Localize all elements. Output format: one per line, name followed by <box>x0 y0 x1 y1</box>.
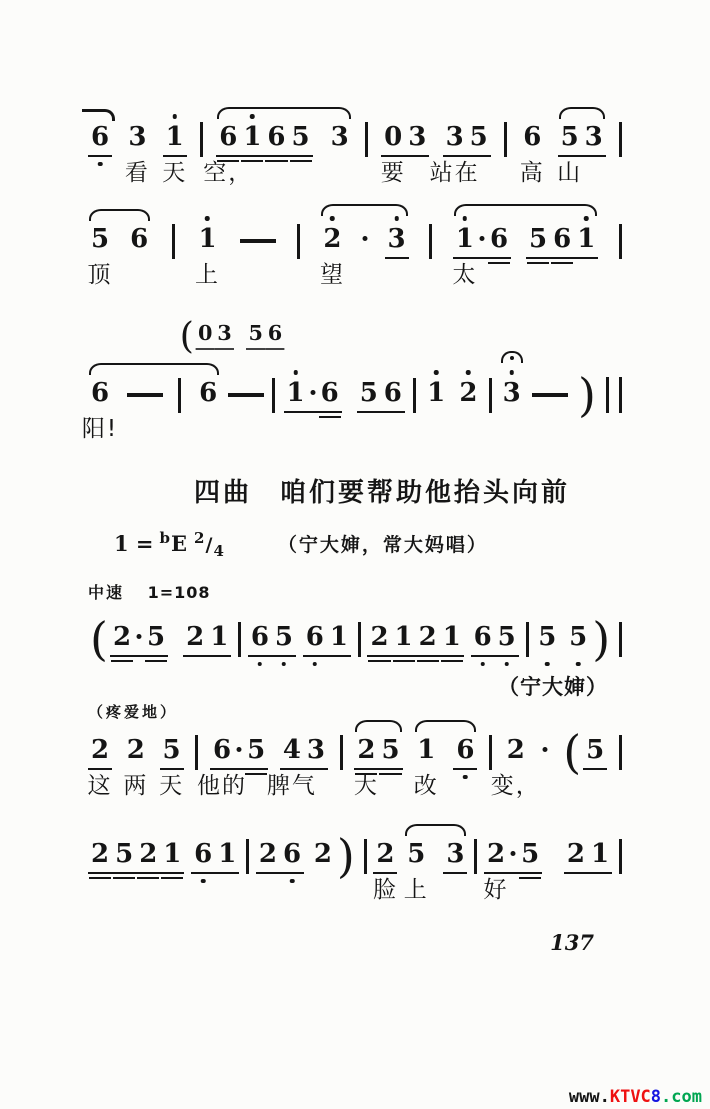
note-digit: 3 <box>446 839 464 869</box>
note: 1 <box>327 622 351 657</box>
note: 1太 <box>453 224 477 259</box>
note: 1 <box>574 224 598 259</box>
note-digit: 5 <box>292 122 310 152</box>
note: 2 <box>88 839 112 874</box>
page-number: 137 <box>88 930 622 955</box>
slur-group: 2望3 <box>320 219 408 259</box>
note-digit: 6 <box>267 122 285 152</box>
note-digit: 5 <box>163 735 181 765</box>
lyric: 望 <box>320 262 345 288</box>
note-digit: 2 <box>113 622 131 652</box>
lyric: 他的 <box>197 773 247 799</box>
lyric: 大 <box>354 773 379 799</box>
note-digit: 5 <box>147 622 165 652</box>
note-digit: 5 <box>529 224 547 254</box>
note-digit: 3 <box>408 122 426 152</box>
lyric: 脾气 <box>267 773 317 799</box>
duration-dot <box>360 219 370 259</box>
note: 3 <box>215 322 234 350</box>
note: 5 <box>566 622 590 657</box>
note-digit: 1 <box>163 839 181 869</box>
note: 5 <box>144 622 168 657</box>
octave-dot-below <box>258 662 263 667</box>
beam-group: 1656 <box>284 373 405 413</box>
note-digit: 2 <box>376 839 394 869</box>
double-barline <box>606 377 622 413</box>
parenthesis: ) <box>576 377 598 413</box>
note-digit: 6 <box>523 122 541 152</box>
lyric: 要 <box>381 160 406 186</box>
note: 1改 <box>414 735 438 770</box>
note-digit: 1 <box>577 224 595 254</box>
note-digit: 2 <box>487 839 505 869</box>
tempo-label: 中速 <box>88 583 124 602</box>
note-digit: 2 <box>323 224 341 254</box>
note: 3 <box>443 839 467 874</box>
octave-dot-below <box>480 662 485 667</box>
octave-dot-above <box>205 216 210 221</box>
note: 6高 <box>520 122 544 157</box>
note-digit: 6 <box>194 839 212 869</box>
lyric: 这 <box>88 773 113 799</box>
note-digit: 1 <box>395 622 413 652</box>
beam-group: 2121 <box>367 622 463 657</box>
tie-icon <box>82 109 115 121</box>
barline <box>178 378 181 413</box>
score-line-4-intro: (2521656121216555) <box>88 617 622 657</box>
note-digit: 6 <box>268 322 282 346</box>
watermark-segment: 8 <box>651 1087 661 1107</box>
beam-group: 5) <box>566 621 612 657</box>
lyric: 阳! <box>82 416 118 442</box>
note-digit: 5 <box>91 224 109 254</box>
note: 6 <box>196 378 220 413</box>
lyric: 两 <box>123 773 148 799</box>
song-title: 四曲 咱们要帮助他抬头向前 <box>194 475 622 511</box>
beam-group: (5 <box>561 734 607 770</box>
note: 5 <box>357 378 381 413</box>
lyric: 站在 <box>430 160 480 186</box>
note-digit: 2 <box>567 839 585 869</box>
note: 2 <box>456 378 480 413</box>
barline <box>195 735 198 770</box>
note: 3看 <box>125 122 149 157</box>
note-digit: 1 <box>456 224 474 254</box>
note: 1上 <box>195 224 219 259</box>
note-digit: 3 <box>446 122 464 152</box>
lyric: 空， <box>203 160 253 186</box>
note-digit: 5 <box>275 622 293 652</box>
duration-dash <box>240 224 276 259</box>
duration-dot <box>508 834 518 874</box>
note: 3站在 <box>443 122 467 157</box>
note-digit: 4 <box>283 735 301 765</box>
note: 2 <box>110 622 134 657</box>
note-digit: 6 <box>474 622 492 652</box>
note: 5 <box>495 622 519 657</box>
note: 3 <box>304 735 328 770</box>
note-digit: 6 <box>384 378 402 408</box>
note-digit: 1 <box>218 839 236 869</box>
note: 6阳! <box>88 378 112 413</box>
note: 5 <box>535 622 559 657</box>
note: 3 <box>328 122 352 157</box>
note-digit: 1 <box>591 839 609 869</box>
octave-dot-above <box>293 370 298 375</box>
note: 5 <box>112 839 136 874</box>
octave-dot-below <box>282 662 287 667</box>
note: 6 <box>381 378 405 413</box>
lyric: 山 <box>557 160 582 186</box>
beam-group: 61 <box>191 839 239 874</box>
slur-group: 6空，1653 <box>216 122 351 157</box>
note: 1 <box>284 378 308 413</box>
note: 2好 <box>484 839 508 874</box>
beam-group: 4脾气3 <box>280 735 328 770</box>
note-digit: 3 <box>128 122 146 152</box>
score-pickup-phrase: (0356 <box>178 321 533 350</box>
beam-group: (0356 <box>178 321 285 350</box>
barline <box>272 378 275 413</box>
octave-dot-below <box>313 662 318 667</box>
barline <box>619 839 622 874</box>
note: 1 <box>160 839 184 874</box>
key-row: 1 =bE2/4 （宁大婶，常大妈唱） <box>114 529 622 560</box>
parenthesis: ) <box>590 621 612 657</box>
note: 4脾气 <box>280 735 304 770</box>
beam-group: 6他的5 <box>210 730 268 770</box>
note: 5 <box>244 735 268 770</box>
note-digit: 0 <box>384 122 402 152</box>
note: 6 <box>471 622 495 657</box>
barline <box>526 622 529 657</box>
note: 6 <box>265 322 284 350</box>
note-digit: 5 <box>407 839 425 869</box>
note: 2脸 <box>373 839 397 874</box>
duration-dot <box>234 730 244 770</box>
note: 5 <box>467 122 491 157</box>
song-title-text: 咱们要帮助他抬头向前 <box>280 475 570 511</box>
beam-group: 65 <box>248 622 296 657</box>
note-digit: 6 <box>321 378 339 408</box>
note: 5 <box>246 322 265 350</box>
duration-dot <box>540 730 550 770</box>
barline <box>297 224 300 259</box>
tempo-marking: 中速 1=108 <box>88 580 622 603</box>
lyric: 太 <box>452 262 477 288</box>
note-digit: 1 <box>287 378 305 408</box>
note: 6 <box>280 839 304 874</box>
watermark-segment: www. <box>569 1087 610 1107</box>
note-digit: 6 <box>91 122 109 152</box>
note-digit: 3 <box>217 322 231 346</box>
note-digit: 6 <box>553 224 571 254</box>
note-digit: 3 <box>585 122 603 152</box>
note: 6 <box>127 224 151 259</box>
note: 5 <box>378 735 402 770</box>
duration-dash <box>532 378 568 413</box>
score-line-3: 6阳!61656123) <box>88 373 622 413</box>
note-digit: 5 <box>498 622 516 652</box>
note-digit: 3 <box>331 122 349 152</box>
note-digit: 5 <box>249 322 263 346</box>
note-digit: 1 <box>427 378 445 408</box>
tempo-value: 1=108 <box>148 583 211 602</box>
note-digit: 5 <box>569 622 587 652</box>
role-cue: （宁大婶） <box>88 671 622 701</box>
note-digit: 1 <box>210 622 228 652</box>
note-digit: 2 <box>507 735 525 765</box>
barline <box>172 224 175 259</box>
sheet-music-page: 63看1天6空，16530要33站在56高5山3 5顶61上2望31太6561 … <box>0 0 710 1109</box>
note-digit: 5 <box>561 122 579 152</box>
note-digit: 5 <box>586 735 604 765</box>
score-line-2: 5顶61上2望31太6561 <box>88 219 622 259</box>
note: 3 <box>582 122 606 157</box>
octave-dot-above <box>250 114 255 119</box>
note-digit: 1 <box>443 622 461 652</box>
note: 2变， <box>504 735 528 770</box>
note: 6 <box>191 839 215 874</box>
note: 1 <box>215 839 239 874</box>
watermark-segment: KTVC <box>610 1087 651 1107</box>
note-digit: 6 <box>91 378 109 408</box>
slur-group: 2大5 <box>354 735 402 770</box>
lyric: 改 <box>414 773 439 799</box>
beam-group: 61 <box>303 622 351 657</box>
note: 5顶 <box>88 224 112 259</box>
duration-dot <box>134 617 144 657</box>
octave-dot-above <box>394 216 399 221</box>
note-digit: 0 <box>198 322 212 346</box>
note-digit: 2 <box>419 622 437 652</box>
note: 5 <box>583 735 607 770</box>
note: 6他的 <box>210 735 234 770</box>
octave-dot-below <box>504 662 509 667</box>
note: 6 <box>453 735 477 770</box>
lyric: 上 <box>404 877 429 903</box>
barline <box>504 122 507 157</box>
song-number: 四曲 <box>194 475 252 511</box>
note: 2大 <box>354 735 378 770</box>
note: 1 <box>440 622 464 657</box>
barline <box>358 622 361 657</box>
octave-dot-below <box>290 879 295 884</box>
octave-dot-below <box>98 162 103 167</box>
note-digit: 1 <box>330 622 348 652</box>
note: 6 <box>303 622 327 657</box>
barline <box>238 622 241 657</box>
note-digit: 2 <box>314 839 332 869</box>
note: 2 <box>416 622 440 657</box>
note: 5 <box>526 224 550 259</box>
barline <box>365 122 368 157</box>
barline <box>200 122 203 157</box>
note: 6 <box>318 378 342 413</box>
lyric: 脸 <box>373 877 398 903</box>
lyric: 变， <box>491 773 541 799</box>
lyric: 高 <box>520 160 545 186</box>
beam-group: 2521 <box>88 839 184 874</box>
note: 1 <box>207 622 231 657</box>
beam-group: 2好5 <box>484 834 542 874</box>
note-digit: 5 <box>247 735 265 765</box>
barline <box>489 735 492 770</box>
octave-dot-above <box>172 114 177 119</box>
lyric: 天 <box>162 160 187 186</box>
lyric: 看 <box>125 160 150 186</box>
note-digit: 3 <box>307 735 325 765</box>
note-digit: 2 <box>186 622 204 652</box>
beam-group: 2) <box>311 838 357 874</box>
note: 5天 <box>160 735 184 770</box>
note: 6空， <box>216 122 240 157</box>
octave-dot-above <box>509 370 514 375</box>
note-digit: 2 <box>459 378 477 408</box>
note: 5 <box>518 839 542 874</box>
lyric: 天 <box>159 773 184 799</box>
note: 6 <box>487 224 511 259</box>
slur-group: 1改6 <box>414 735 477 770</box>
note-digit: 1 <box>417 735 435 765</box>
note: 6 <box>550 224 574 259</box>
fermata-icon <box>501 351 523 363</box>
slur-group: 5顶6 <box>88 224 151 259</box>
parenthesis: ( <box>561 734 583 770</box>
barline <box>489 378 492 413</box>
note-digit: 2 <box>91 735 109 765</box>
beam-group: 65 <box>471 622 519 657</box>
note: 2 <box>256 839 280 874</box>
note-digit: 6 <box>219 122 237 152</box>
score-line-6: 252161262)2脸5上32好521 <box>88 834 622 874</box>
note-digit: 5 <box>381 735 399 765</box>
note-digit: 5 <box>538 622 556 652</box>
octave-dot-above <box>463 216 468 221</box>
duration-dot <box>477 219 487 259</box>
beam-group: (2521 <box>88 617 231 657</box>
note-digit: 1 <box>166 122 184 152</box>
note-digit: 1 <box>243 122 261 152</box>
lyric: 顶 <box>88 262 113 288</box>
barline <box>246 839 249 874</box>
note-digit: 3 <box>388 224 406 254</box>
note: 2 <box>136 839 160 874</box>
octave-dot-below <box>545 662 550 667</box>
note: 1 <box>392 622 416 657</box>
note-digit: 5 <box>360 378 378 408</box>
note-digit: 6 <box>251 622 269 652</box>
duration-dash <box>127 378 163 413</box>
beam-group: 3站在5 <box>443 122 491 157</box>
note: 0要 <box>381 122 405 157</box>
note: 2这 <box>88 735 112 770</box>
singers-note: （宁大婶，常大妈唱） <box>278 530 488 557</box>
barline <box>619 622 622 657</box>
slur-group: 6阳!6 <box>88 378 220 413</box>
barline <box>619 122 622 157</box>
note-digit: 6 <box>130 224 148 254</box>
octave-dot-above <box>584 216 589 221</box>
note: 6 <box>88 122 112 157</box>
octave-dot-below <box>201 879 206 884</box>
lyric: 上 <box>195 262 220 288</box>
score-line-1: 63看1天6空，16530要33站在56高5山3 <box>88 122 622 157</box>
note-digit: 6 <box>490 224 508 254</box>
slur-group: 5山3 <box>558 122 606 157</box>
octave-dot-above <box>466 370 471 375</box>
note: 2望 <box>320 224 344 259</box>
note-digit: 2 <box>139 839 157 869</box>
barline <box>340 735 343 770</box>
barline <box>619 224 622 259</box>
score-line-5: 2这2两5天6他的54脾气32大51改62变，(5 <box>88 730 622 770</box>
note-digit: 5 <box>115 839 133 869</box>
duration-dot <box>308 373 318 413</box>
note-digit: 3 <box>503 378 521 408</box>
key-signature: 1 =bE2/4 <box>114 529 224 560</box>
note: 6 <box>248 622 272 657</box>
parenthesis: ) <box>335 838 357 874</box>
note-digit: 5 <box>470 122 488 152</box>
watermark-segment: .com <box>661 1087 702 1107</box>
note-digit: 5 <box>521 839 539 869</box>
note: 2 <box>183 622 207 657</box>
note-digit: 2 <box>259 839 277 869</box>
note: 5山 <box>558 122 582 157</box>
note-digit: 6 <box>306 622 324 652</box>
beam-group: 21 <box>564 839 612 874</box>
octave-dot-below <box>463 775 468 780</box>
lyric: 好 <box>484 877 509 903</box>
note-digit: 2 <box>91 839 109 869</box>
note: 3 <box>500 378 524 413</box>
slur-group: 5上3 <box>404 839 467 874</box>
note: 1 <box>588 839 612 874</box>
octave-dot-above <box>434 370 439 375</box>
note: 2两 <box>124 735 148 770</box>
note: 1 <box>424 378 448 413</box>
parenthesis: ( <box>88 621 110 657</box>
note: 2 <box>564 839 588 874</box>
slur-group: 1太6561 <box>453 219 598 259</box>
barline <box>364 839 367 874</box>
note-digit: 2 <box>370 622 388 652</box>
barline <box>474 839 477 874</box>
beam-group: 0要3 <box>381 122 429 157</box>
parenthesis: ( <box>178 321 196 350</box>
note-digit: 2 <box>357 735 375 765</box>
note: 5 <box>272 622 296 657</box>
note: 0 <box>196 322 215 350</box>
note: 6 <box>264 122 288 157</box>
note: 3 <box>385 224 409 259</box>
note-digit: 1 <box>198 224 216 254</box>
note: 1 <box>240 122 264 157</box>
note-digit: 2 <box>127 735 145 765</box>
octave-dot-below <box>576 662 581 667</box>
note: 5 <box>289 122 313 157</box>
note-digit: 6 <box>213 735 231 765</box>
watermark: www.KTVC8.com <box>569 1087 702 1107</box>
note-digit: 6 <box>456 735 474 765</box>
expression-cue: （疼爱地） <box>88 701 622 722</box>
barline <box>429 224 432 259</box>
octave-dot-above <box>330 216 335 221</box>
note-digit: 6 <box>199 378 217 408</box>
page-content: 63看1天6空，16530要33站在56高5山3 5顶61上2望31太6561 … <box>0 0 710 955</box>
barline <box>413 378 416 413</box>
